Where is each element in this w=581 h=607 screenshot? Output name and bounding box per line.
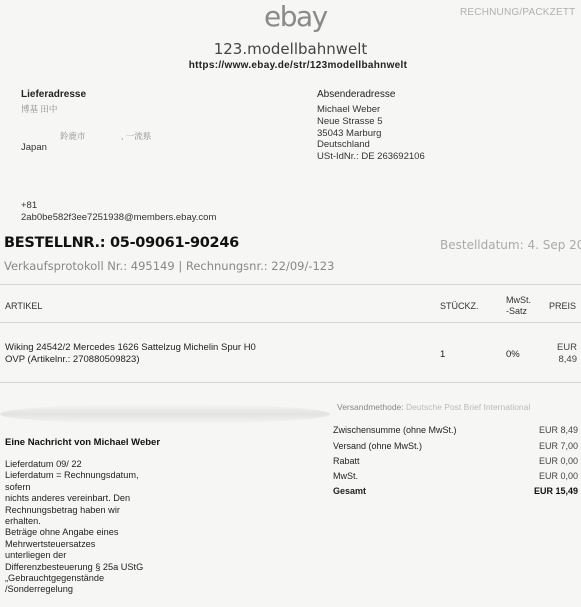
delivery-address: Lieferadresse 博基 田中 [21,89,86,116]
shipping-method-value: Deutsche Post Brief International [406,402,530,412]
column-header-article: ARTIKEL [5,301,42,311]
shipping-method: Versandmethode: Deutsche Post Brief Inte… [337,402,530,412]
recipient-email[interactable]: 2ab0be582f3ee7251938@members.ebay.com [21,212,216,224]
scan-smudge [0,404,330,424]
sender-city: 35043 Marburg [317,128,425,140]
recipient-city: 鈴鹿市 [60,131,86,143]
column-header-qty: STÜCKZ. [440,301,479,311]
summary-vat: MwSt.EUR 0,00 [333,471,578,481]
shipping-method-label: Versandmethode: [337,402,404,412]
seller-message-title: Eine Nachricht von Michael Weber [5,437,160,448]
summary-discount: RabattEUR 0,00 [333,456,578,466]
recipient-name: 博基 田中 [21,104,86,116]
column-header-price: PREIS [549,301,576,311]
table-row: Wiking 24542/2 Mercedes 1626 Sattelzug M… [5,342,256,366]
seller-message-body: Lieferdatum 09/ 22 Lieferdatum = Rechnun… [5,459,195,596]
article-vat: 0% [506,349,520,360]
shop-name: 123.modellbahnwelt [0,40,581,58]
table-bottom-divider [0,382,581,383]
table-top-divider [0,284,581,285]
article-qty: 1 [440,349,445,360]
recipient-country: Japan [21,142,47,154]
sender-address-label: Absenderadresse [317,89,425,100]
sender-country: Deutschland [317,139,425,151]
sender-street: Neue Strasse 5 [317,116,425,128]
summary-total: GesamtEUR 15,49 [333,486,578,496]
sender-name: Michael Weber [317,104,425,116]
ebay-logo: ebay [264,2,327,32]
sender-address: Absenderadresse Michael Weber Neue Stras… [317,89,425,163]
recipient-prefecture: , 一流県 [121,131,151,143]
article-number: OVP (Artikelnr.: 270880509823) [5,354,256,366]
article-title: Wiking 24542/2 Mercedes 1626 Sattelzug M… [5,342,256,354]
shop-url[interactable]: https://www.ebay.de/str/123modellbahnwel… [0,60,581,71]
document-type: RECHNUNG/PACKZETT [460,7,575,18]
article-price: EUR 8,49 [557,342,577,366]
recipient-phone: +81 [21,200,37,212]
summary-subtotal: Zwischensumme (ohne MwSt.)EUR 8,49 [333,425,578,435]
order-date: Bestelldatum: 4. Sep 202 [440,238,581,252]
summary-shipping: Versand (ohne MwSt.)EUR 7,00 [333,441,578,451]
sales-protocol: Verkaufsprotokoll Nr.: 495149 | Rechnung… [4,259,334,273]
delivery-address-label: Lieferadresse [21,89,86,100]
table-header-divider [0,322,581,323]
sender-vat-id: USt-IdNr.: DE 263692106 [317,151,425,163]
column-header-vat: MwSt. -Satz [506,295,531,317]
order-number: BESTELLNR.: 05-09061-90246 [4,235,239,251]
